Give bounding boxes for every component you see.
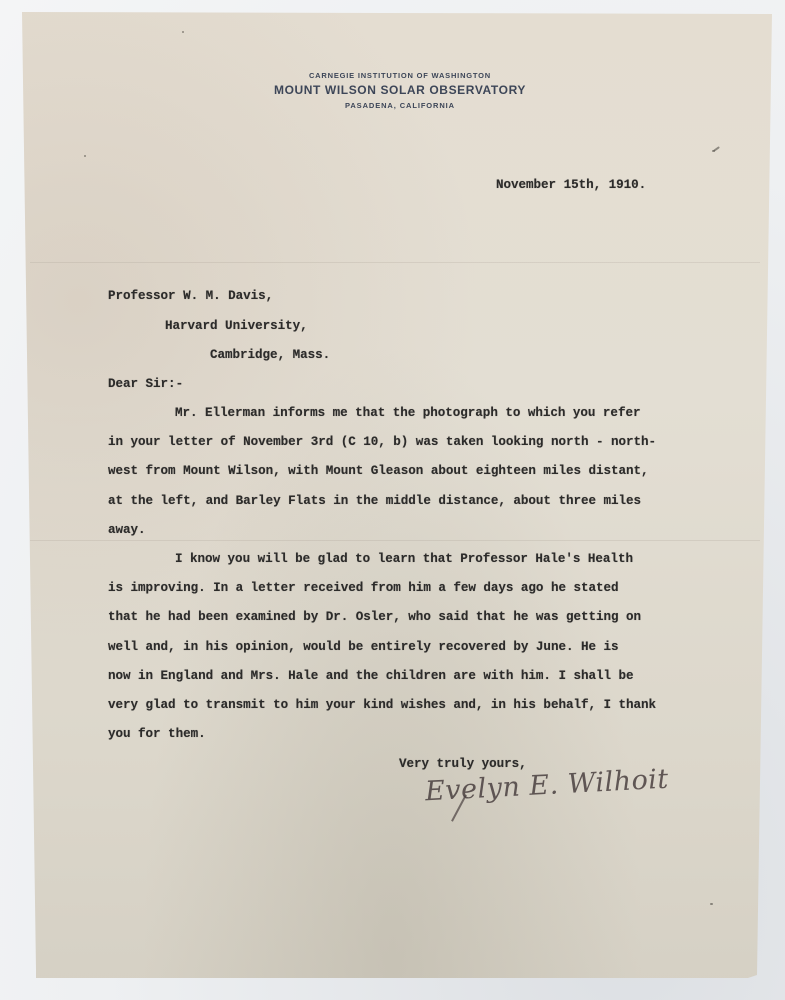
- body-line: is improving. In a letter received from …: [108, 581, 619, 595]
- letter-paper: CARNEGIE INSTITUTION OF WASHINGTON MOUNT…: [0, 0, 785, 1000]
- letter-date: November 15th, 1910.: [496, 178, 646, 192]
- body-line: you for them.: [108, 727, 206, 741]
- closing: Very truly yours,: [399, 757, 527, 771]
- paper-speck: [710, 903, 713, 905]
- body-line: that he had been examined by Dr. Osler, …: [108, 610, 641, 624]
- body-line: Mr. Ellerman informs me that the photogr…: [175, 406, 640, 420]
- recipient-city: Cambridge, Mass.: [210, 348, 330, 362]
- letterhead-location: PASADENA, CALIFORNIA: [0, 101, 785, 110]
- body-line: well and, in his opinion, would be entir…: [108, 640, 619, 654]
- recipient-name: Professor W. M. Davis,: [108, 289, 273, 303]
- letterhead-observatory: MOUNT WILSON SOLAR OBSERVATORY: [0, 83, 785, 97]
- paper-speck: [712, 150, 715, 152]
- recipient-institution: Harvard University,: [165, 319, 308, 333]
- salutation: Dear Sir:-: [108, 377, 183, 391]
- body-line: west from Mount Wilson, with Mount Gleas…: [108, 464, 649, 478]
- body-line: away.: [108, 523, 146, 537]
- paper-fold-line: [30, 540, 760, 541]
- body-line: in your letter of November 3rd (C 10, b)…: [108, 435, 656, 449]
- body-line: at the left, and Barley Flats in the mid…: [108, 494, 641, 508]
- body-line: now in England and Mrs. Hale and the chi…: [108, 669, 634, 683]
- body-line: very glad to transmit to him your kind w…: [108, 698, 656, 712]
- paper-speck: [84, 155, 86, 157]
- paper-speck: [182, 31, 184, 33]
- body-line: I know you will be glad to learn that Pr…: [175, 552, 633, 566]
- letterhead-institution: CARNEGIE INSTITUTION OF WASHINGTON: [0, 71, 785, 80]
- paper-fold-line: [30, 262, 760, 263]
